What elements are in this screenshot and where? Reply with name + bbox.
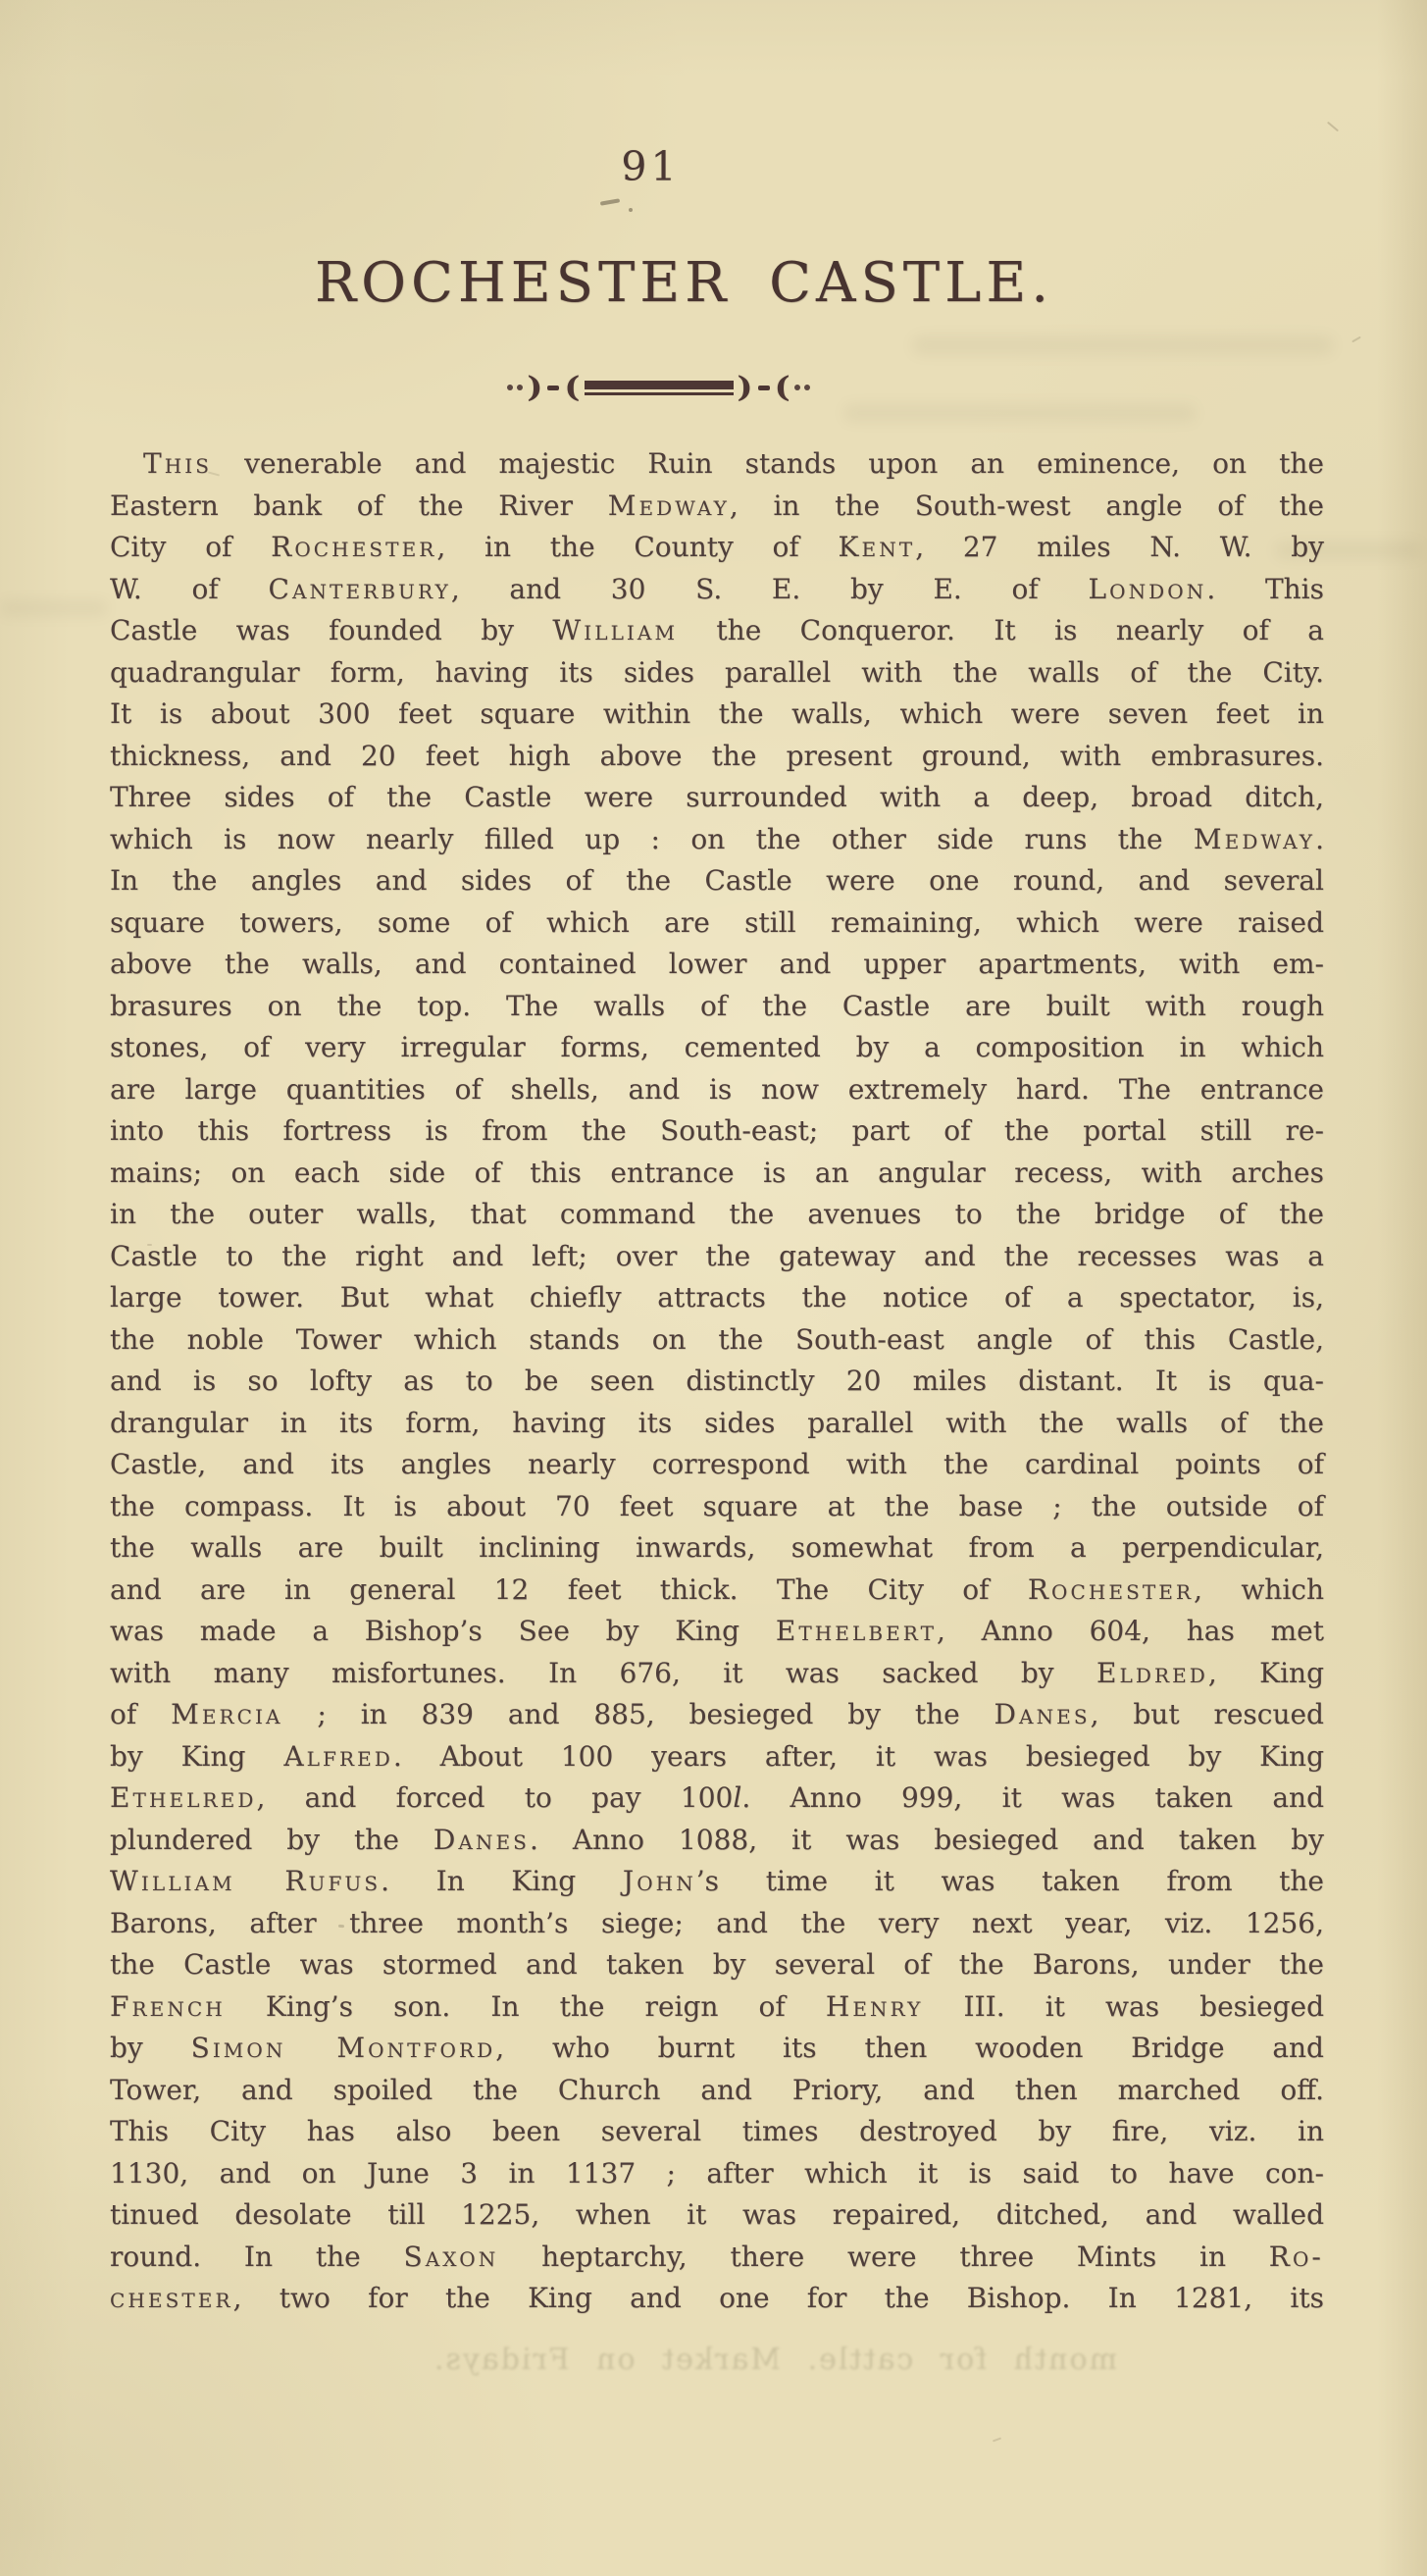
text-line: mains; on each side of this entrance is … <box>110 1153 1324 1195</box>
text-line: French King’s son. In the reign of Henry… <box>110 1986 1324 2029</box>
text-line: and are in general 12 feet thick. The Ci… <box>110 1570 1324 1612</box>
text-line: large tower. But what chiefly attracts t… <box>110 1277 1324 1319</box>
text-line: W. of Canterbury, and 30 S. E. by E. of … <box>110 569 1324 611</box>
text-line: Three sides of the Castle were surrounde… <box>110 777 1324 819</box>
text-line: and is so lofty as to be seen distinctly… <box>110 1361 1324 1403</box>
text-line: with many misfortunes. In 676, it was sa… <box>110 1653 1324 1695</box>
page-title: ROCHESTER CASTLE. <box>0 251 1398 315</box>
ornament-dash <box>758 386 770 390</box>
text-line: quadrangular form, having its sides para… <box>110 652 1324 695</box>
text-line: thickness, and 20 feet high above the pr… <box>110 736 1324 778</box>
text-line: chester, two for the King and one for th… <box>110 2278 1324 2320</box>
bleed-through-smudge <box>0 600 108 616</box>
ornament-paren: ( <box>775 375 790 400</box>
text-line: Eastern bank of the River Medway, in the… <box>110 486 1324 528</box>
text-line: This venerable and majestic Ruin stands … <box>110 443 1324 486</box>
text-line: in the outer walls, that command the ave… <box>110 1194 1324 1236</box>
text-line: Castle to the right and left; over the g… <box>110 1236 1324 1278</box>
bleed-through-smudge <box>843 404 1197 422</box>
ornament-bar <box>585 381 734 395</box>
ink-speck <box>629 208 633 212</box>
text-line: into this fortress is from the South-eas… <box>110 1110 1324 1153</box>
text-line: Tower, and spoiled the Church and Priory… <box>110 2070 1324 2112</box>
text-line: William Rufus. In King John’s time it wa… <box>110 1861 1324 1903</box>
text-line: Barons, after three month’s siege; and t… <box>110 1903 1324 1945</box>
ornament-paren: ) <box>527 375 542 400</box>
text-line: square towers, some of which are still r… <box>110 902 1324 945</box>
text-line: City of Rochester, in the County of Kent… <box>110 527 1324 569</box>
text-line: the walls are built inclining inwards, s… <box>110 1527 1324 1570</box>
paper-fiber <box>1327 122 1339 132</box>
ornament-paren: ( <box>564 375 580 400</box>
page-number: 91 <box>0 143 1364 190</box>
text-line: tinued desolate till 1225, when it was r… <box>110 2194 1324 2237</box>
ink-speck <box>600 198 620 205</box>
paper-fiber <box>1351 336 1361 343</box>
text-line: the noble Tower which stands on the Sout… <box>110 1319 1324 1362</box>
text-line: plundered by the Danes. Anno 1088, it wa… <box>110 1820 1324 1862</box>
bleed-through-smudge <box>912 335 1334 355</box>
divider-ornament: ) ( ) ( <box>0 373 1372 402</box>
text-line: It is about 300 feet square within the w… <box>110 694 1324 736</box>
ornament-dot <box>804 385 810 390</box>
text-line: Castle was founded by William the Conque… <box>110 610 1324 652</box>
text-line: by Simon Montford, who burnt its then wo… <box>110 2028 1324 2070</box>
text-line: In the angles and sides of the Castle we… <box>110 860 1324 902</box>
bleed-through-text: month for cattle. Market on Fridays. <box>275 2343 1275 2377</box>
text-line: are large quantities of shells, and is n… <box>110 1069 1324 1111</box>
ornament-dot <box>794 385 800 390</box>
text-line: Ethelred, and forced to pay 100l. Anno 9… <box>110 1777 1324 1820</box>
ornament-dot <box>517 385 523 390</box>
text-line: by King Alfred. About 100 years after, i… <box>110 1736 1324 1778</box>
ornament-paren: ) <box>738 375 753 400</box>
text-line: drangular in its form, having its sides … <box>110 1403 1324 1445</box>
scanned-page: 91 ROCHESTER CASTLE. ) ( ) ( This venera… <box>0 0 1427 2576</box>
text-line: above the walls, and contained lower and… <box>110 944 1324 986</box>
text-line: round. In the Saxon heptarchy, there wer… <box>110 2237 1324 2279</box>
text-line: Castle, and its angles nearly correspond… <box>110 1444 1324 1486</box>
ornament-dash <box>547 386 559 390</box>
text-line: This City has also been several times de… <box>110 2111 1324 2153</box>
text-line: the compass. It is about 70 feet square … <box>110 1486 1324 1528</box>
paper-fiber <box>993 2438 1001 2443</box>
text-line: stones, of very irregular forms, cemente… <box>110 1027 1324 1069</box>
text-line: which is now nearly filled up : on the o… <box>110 819 1324 861</box>
text-line: was made a Bishop’s See by King Ethelber… <box>110 1611 1324 1653</box>
text-line: 1130, and on June 3 in 1137 ; after whic… <box>110 2153 1324 2195</box>
text-line: the Castle was stormed and taken by seve… <box>110 1944 1324 1986</box>
body-text: This venerable and majestic Ruin stands … <box>110 443 1324 2320</box>
text-line: of Mercia ; in 839 and 885, besieged by … <box>110 1694 1324 1736</box>
text-line: brasures on the top. The walls of the Ca… <box>110 986 1324 1028</box>
ornament-dot <box>507 385 513 390</box>
